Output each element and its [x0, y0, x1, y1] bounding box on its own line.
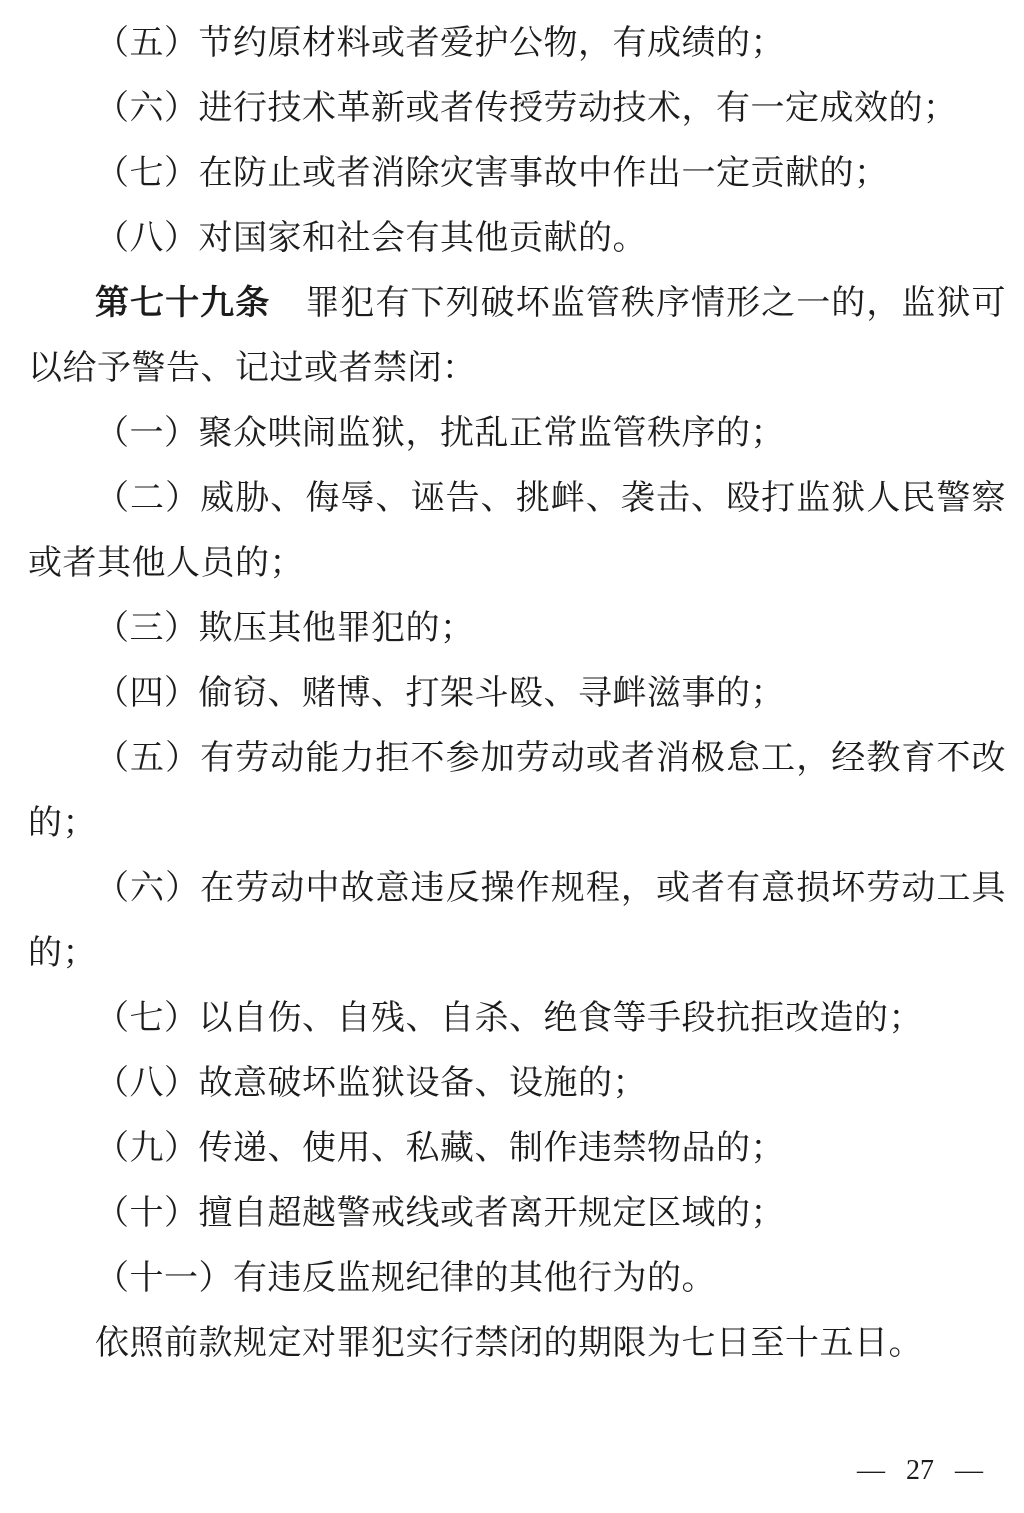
text-line: （八）对国家和社会有其他贡献的。: [28, 206, 1006, 271]
text-line: 依照前款规定对罪犯实行禁闭的期限为七日至十五日。: [28, 1311, 1006, 1376]
text-line: （五）有劳动能力拒不参加劳动或者消极怠工，经教育不改: [28, 726, 1006, 791]
text-line: （四）偷窃、赌博、打架斗殴、寻衅滋事的；: [28, 661, 1006, 726]
text-line: （三）欺压其他罪犯的；: [28, 596, 1006, 661]
text-line: 的；: [28, 791, 1006, 856]
text-line: （七）在防止或者消除灾害事故中作出一定贡献的；: [28, 141, 1006, 206]
text-line: （十）擅自超越警戒线或者离开规定区域的；: [28, 1181, 1006, 1246]
text-line: 以给予警告、记过或者禁闭：: [28, 336, 1006, 401]
text-line: 的；: [28, 921, 1006, 986]
text-line: （六）进行技术革新或者传授劳动技术，有一定成效的；: [28, 76, 1006, 141]
text-line: （十一）有违反监规纪律的其他行为的。: [28, 1246, 1006, 1311]
document-body: （五）节约原材料或者爱护公物，有成绩的；（六）进行技术革新或者传授劳动技术，有一…: [28, 11, 1006, 1376]
page-footer: — 27 —: [857, 1452, 983, 1490]
text-line: （一）聚众哄闹监狱，扰乱正常监管秩序的；: [28, 401, 1006, 466]
text-line: （八）故意破坏监狱设备、设施的；: [28, 1051, 1006, 1116]
article-number: 第七十九条: [95, 285, 270, 322]
text-line: （七）以自伤、自残、自杀、绝食等手段抗拒改造的；: [28, 986, 1006, 1051]
text-line: 或者其他人员的；: [28, 531, 1006, 596]
text-line: （六）在劳动中故意违反操作规程，或者有意损坏劳动工具: [28, 856, 1006, 921]
text-line: 第七十九条 罪犯有下列破坏监管秩序情形之一的，监狱可: [28, 271, 1006, 336]
text-line: （五）节约原材料或者爱护公物，有成绩的；: [28, 11, 1006, 76]
text-line: （二）威胁、侮辱、诬告、挑衅、袭击、殴打监狱人民警察: [28, 466, 1006, 531]
page-number: — 27 —: [857, 1455, 983, 1486]
text-line: （九）传递、使用、私藏、制作违禁物品的；: [28, 1116, 1006, 1181]
